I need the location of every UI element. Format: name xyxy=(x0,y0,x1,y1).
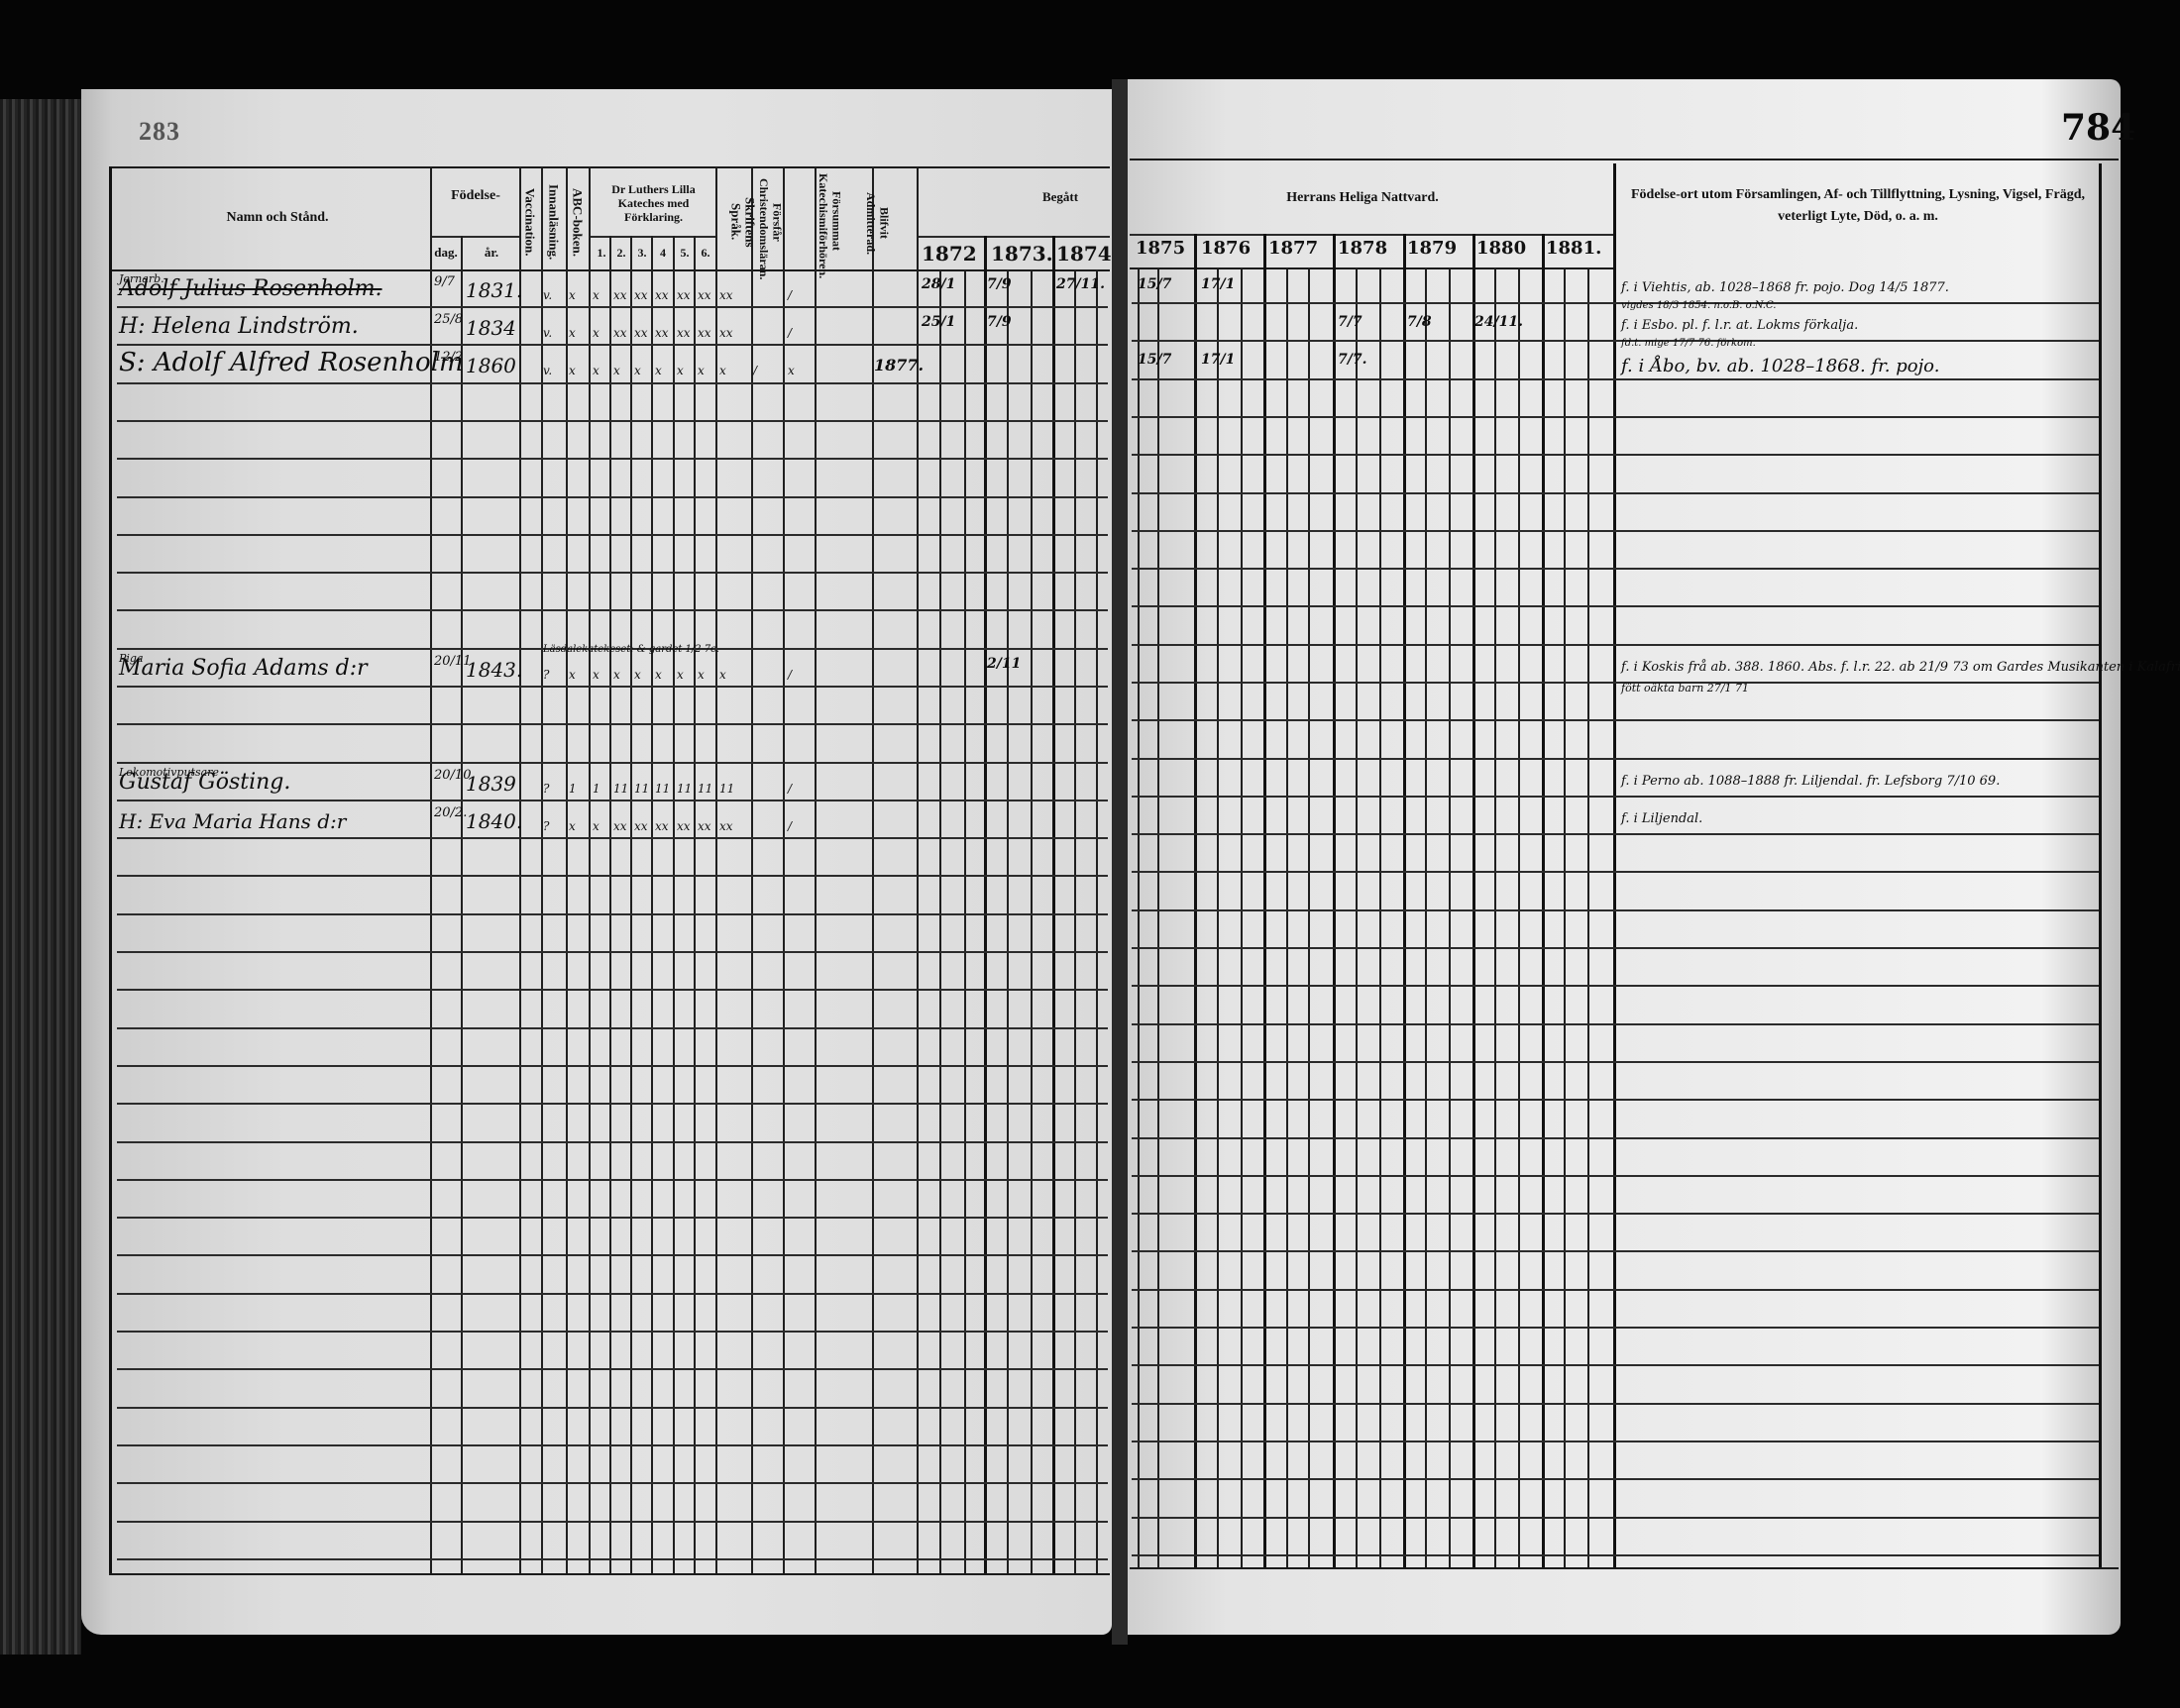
entry-birth-year: 1839 xyxy=(466,772,516,796)
r-col-rule-d xyxy=(1241,267,1243,1567)
communion-year-1875: 1875 xyxy=(1136,238,1185,259)
entry-mark: x xyxy=(569,364,576,377)
r-col-rule-g xyxy=(1356,267,1358,1567)
entry-mark: xx xyxy=(698,326,711,340)
row-rule-left xyxy=(117,1103,1108,1105)
r-col-rule-1880 xyxy=(1472,234,1475,1567)
row-rule-right xyxy=(1132,1023,2099,1025)
row-rule-right xyxy=(1132,492,2099,494)
entry-christendom: / xyxy=(788,782,792,796)
entry-mark: ? xyxy=(543,668,549,682)
entry-mark: 11 xyxy=(719,782,734,796)
r-col-rule-a xyxy=(1138,267,1140,1567)
entry-mark: x xyxy=(613,364,620,377)
row-rule-left xyxy=(117,496,1108,498)
entry-mark: v. xyxy=(543,326,552,340)
entry-mark: xx xyxy=(677,288,691,302)
header-begatt: Begått xyxy=(1031,190,1090,205)
communion-year-1877: 1877 xyxy=(1268,238,1318,259)
row-rule-right xyxy=(1132,1364,2099,1366)
row-rule-right xyxy=(1132,644,2099,646)
birth-subrule xyxy=(431,236,520,238)
r-col-rule-n xyxy=(1587,267,1589,1567)
row-rule-left xyxy=(117,306,1108,308)
row-rule-left xyxy=(117,1407,1108,1409)
col-rule-cat1 xyxy=(609,236,611,1573)
entry-note: Läsdalekatekeset: & gardet 1/2 7c. xyxy=(543,644,719,655)
row-rule-left xyxy=(117,1293,1108,1295)
entry-mark: x xyxy=(593,288,599,302)
header-birth-year: år. xyxy=(464,246,519,261)
r-col-rule-f xyxy=(1308,267,1310,1567)
entry-mark: x xyxy=(719,668,726,682)
row-rule-left xyxy=(117,1217,1108,1219)
entry-name: S: Adolf Alfred Rosenholm xyxy=(119,348,464,377)
row-rule-left xyxy=(117,1331,1108,1333)
col-rule-missed xyxy=(815,166,817,1573)
communion-year-1878: 1878 xyxy=(1338,238,1387,259)
entry-begatt-1873: 7/9 xyxy=(987,276,1012,292)
entry-mark: xx xyxy=(613,819,627,833)
entry-mark: 1 xyxy=(569,782,577,796)
col-rule-cat3 xyxy=(651,236,653,1573)
col-rule-cat2 xyxy=(630,236,632,1573)
entry-mark: 11 xyxy=(677,782,692,796)
entry-remarks: f. i Åbo, bv. ab. 1028–1868. fr. pojo. xyxy=(1621,356,1939,376)
entry-mark: xx xyxy=(719,819,733,833)
col-rule-1872c xyxy=(964,269,966,1573)
left-header-top-rule xyxy=(109,166,1110,168)
catechism-col-5: 5. xyxy=(675,247,695,261)
entry-mark: v. xyxy=(543,364,552,377)
entry-begatt-1873: 7/9 xyxy=(987,314,1012,330)
left-page-number: 283 xyxy=(139,117,180,147)
row-rule-left xyxy=(117,913,1108,915)
col-rule-1873 xyxy=(984,236,987,1573)
col-rule-1874 xyxy=(1052,236,1055,1573)
entry-mark: x xyxy=(698,668,705,682)
row-rule-right xyxy=(1132,947,2099,949)
header-christendom: Försfår Christendomsläran. xyxy=(757,178,783,266)
entry-name: Gustaf Gösting. xyxy=(119,770,290,795)
r-col-rule-c xyxy=(1217,267,1219,1567)
entry-mark: xx xyxy=(677,819,691,833)
entry-mark: ? xyxy=(543,819,549,833)
entry-mark: xx xyxy=(719,326,733,340)
header-remarks: Födelse-ort utom Församlingen, Af- och T… xyxy=(1625,184,2091,229)
row-rule-left xyxy=(117,800,1108,801)
col-rule-birth xyxy=(430,166,432,1573)
col-rule-innan xyxy=(566,166,568,1573)
header-year-1872: 1872 xyxy=(922,242,977,266)
row-rule-right xyxy=(1132,833,2099,835)
entry-begatt-1872: 28/1 xyxy=(922,276,955,292)
row-rule-right xyxy=(1132,758,2099,760)
col-rule-cat4 xyxy=(673,236,675,1573)
row-rule-left xyxy=(117,458,1108,460)
col-rule-cat5 xyxy=(694,236,696,1573)
right-table-bottom-rule xyxy=(1130,1567,2119,1569)
row-rule-right xyxy=(1132,454,2099,456)
entry-birth-day: 12/2 xyxy=(434,350,463,365)
header-missed: Försummat Katechismiförhören. xyxy=(817,173,842,267)
row-rule-right xyxy=(1132,871,2099,873)
entry-communion-1875: 15/7 xyxy=(1138,276,1171,292)
header-birth-day: dag. xyxy=(430,246,462,261)
r-right-margin-rule xyxy=(2099,163,2102,1567)
entry-mark: x xyxy=(655,668,662,682)
col-rule-christ xyxy=(783,166,785,1573)
r-col-rule-m xyxy=(1564,267,1566,1567)
entry-mark: x xyxy=(677,364,684,377)
row-rule-right xyxy=(1132,1327,2099,1329)
entry-remarks: f. i Viehtis, ab. 1028–1868 fr. pojo. Do… xyxy=(1621,280,1949,295)
entry-birth-year: 1860 xyxy=(466,354,516,377)
row-rule-right xyxy=(1132,719,2099,721)
r-col-rule-k xyxy=(1494,267,1496,1567)
row-rule-left xyxy=(117,382,1108,384)
r-col-rule-1877 xyxy=(1263,234,1266,1567)
row-rule-left xyxy=(117,420,1108,422)
entry-mark: xx xyxy=(634,288,648,302)
entry-christendom: / xyxy=(788,668,792,682)
entry-begatt-1872: 25/1 xyxy=(922,314,955,330)
book-gutter xyxy=(1112,79,1128,1645)
header-vaccination: Vaccination. xyxy=(522,178,536,266)
entry-name: Adolf Julius Rosenholm. xyxy=(119,276,382,301)
row-rule-left xyxy=(117,1482,1108,1484)
entry-mark: xx xyxy=(655,288,669,302)
entry-mark: 11 xyxy=(613,782,628,796)
col-rule-1874b xyxy=(1074,269,1076,1573)
entry-mark: xx xyxy=(634,819,648,833)
r-col-rule-l xyxy=(1518,267,1520,1567)
header-abc: ABC-boken. xyxy=(570,178,584,266)
entry-mark: xx xyxy=(698,288,711,302)
r-col-rule-1879 xyxy=(1403,234,1406,1567)
row-rule-left xyxy=(117,875,1108,877)
row-rule-left xyxy=(117,1254,1108,1256)
entry-birth-day: 25/8 xyxy=(434,312,463,327)
begatt-subrule xyxy=(917,236,1110,238)
row-rule-left xyxy=(117,572,1108,574)
entry-name: H: Eva Maria Hans d:r xyxy=(119,809,346,833)
communion-year-1876: 1876 xyxy=(1201,238,1251,259)
left-margin-rule xyxy=(109,166,112,1573)
col-rule-1872b xyxy=(939,269,941,1573)
entry-communion-1880: 24/11. xyxy=(1474,314,1523,330)
row-rule-left xyxy=(117,1444,1108,1446)
row-rule-right xyxy=(1132,530,2099,532)
communion-year-1879: 1879 xyxy=(1407,238,1457,259)
row-rule-left xyxy=(117,1521,1108,1523)
header-catechism: Dr Luthers Lilla Kateches med Förklaring… xyxy=(592,183,715,224)
entry-mark: 11 xyxy=(698,782,712,796)
row-rule-right xyxy=(1132,1175,2099,1177)
entry-remarks-above: fd.t. mige 17/7 76. förkom. xyxy=(1621,338,1756,349)
entry-mark: / xyxy=(753,364,757,377)
entry-mark: xx xyxy=(719,288,733,302)
entry-mark: xx xyxy=(698,819,711,833)
header-innanlasning: Innanläsning. xyxy=(546,178,560,266)
row-rule-right xyxy=(1132,1137,2099,1139)
entry-mark: x xyxy=(634,364,641,377)
row-rule-right xyxy=(1132,1554,2099,1556)
entry-mark: x xyxy=(719,364,726,377)
row-rule-left xyxy=(117,534,1108,536)
entry-remarks: f. i Perno ab. 1088–1888 fr. Liljendal. … xyxy=(1621,774,2000,789)
header-birth: Födelse- xyxy=(432,188,519,204)
header-scripture: Skriftens Språk. xyxy=(728,178,757,266)
row-rule-right xyxy=(1132,378,2099,380)
entry-mark: x xyxy=(613,668,620,682)
entry-mark: x xyxy=(593,668,599,682)
entry-mark: ? xyxy=(543,782,549,796)
row-rule-right xyxy=(1132,1441,2099,1442)
row-rule-left xyxy=(117,1558,1108,1560)
entry-begatt-1874: 27/11. xyxy=(1056,276,1105,292)
catechism-col-3: 3. xyxy=(632,247,652,261)
col-rule-skrift xyxy=(751,166,753,1573)
col-rule-1874c xyxy=(1096,269,1098,1573)
row-rule-right xyxy=(1132,1250,2099,1252)
entry-christendom: / xyxy=(788,288,792,302)
entry-admitted: 1877. xyxy=(874,356,924,374)
r-col-rule-e xyxy=(1286,267,1288,1567)
entry-mark: v. xyxy=(543,288,552,302)
col-rule-admitted xyxy=(872,166,874,1573)
entry-mark: xx xyxy=(655,819,669,833)
entry-mark: x xyxy=(593,364,599,377)
row-rule-right xyxy=(1132,340,2099,342)
entry-communion-1879: 7/8 xyxy=(1407,314,1432,330)
spine-edge xyxy=(0,99,81,1655)
row-rule-left xyxy=(117,1368,1108,1370)
entry-communion-1878: 7/7 xyxy=(1338,314,1362,330)
catechism-col-2: 2. xyxy=(611,247,631,261)
row-rule-right xyxy=(1132,1213,2099,1215)
col-rule-cat6 xyxy=(715,166,717,1573)
row-rule-right xyxy=(1132,1478,2099,1480)
col-rule-year xyxy=(519,166,521,1573)
row-rule-right xyxy=(1132,416,2099,418)
entry-birth-day: 20/2. xyxy=(434,805,467,820)
entry-mark: x xyxy=(655,364,662,377)
entry-remarks: f. i Koskis frå ab. 388. 1860. Abs. f. l… xyxy=(1621,660,2180,675)
header-name: Namn och Stånd. xyxy=(198,210,357,226)
entry-mark: 11 xyxy=(634,782,649,796)
entry-mark: x xyxy=(677,668,684,682)
r-col-rule-j xyxy=(1449,267,1451,1567)
row-rule-left xyxy=(117,609,1108,611)
entry-remarks: f. i Liljendal. xyxy=(1621,811,1702,826)
entry-name: H: Helena Lindström. xyxy=(119,314,359,339)
row-rule-left xyxy=(117,1027,1108,1029)
row-rule-right xyxy=(1132,1289,2099,1291)
row-rule-right xyxy=(1132,605,2099,607)
header-communion: Herrans Heliga Nattvard. xyxy=(1199,190,1526,206)
row-rule-left xyxy=(117,951,1108,953)
right-page xyxy=(1128,79,2121,1635)
row-rule-right xyxy=(1132,909,2099,911)
r-col-rule-1881 xyxy=(1542,234,1545,1567)
r-col-rule-h xyxy=(1379,267,1381,1567)
entry-begatt-1873: 2/11 xyxy=(987,656,1021,672)
entry-mark: xx xyxy=(655,326,669,340)
entry-birth-year: 1843. xyxy=(466,658,522,682)
row-rule-right xyxy=(1132,302,2099,304)
entry-birth-year: 1834 xyxy=(466,316,516,340)
row-rule-right xyxy=(1132,1061,2099,1063)
r-col-rule-1876 xyxy=(1194,234,1197,1567)
row-rule-right xyxy=(1132,682,2099,684)
entry-birth-day: 9/7 xyxy=(434,274,455,289)
catechism-col-6: 6. xyxy=(696,247,715,261)
header-year-1873: 1873. xyxy=(991,242,1053,266)
entry-mark: x xyxy=(569,326,576,340)
entry-birth-year: 1840. xyxy=(466,809,522,833)
right-page-number: 784 xyxy=(2061,107,2135,149)
r-col-rule-b xyxy=(1157,267,1159,1567)
row-rule-left xyxy=(117,1065,1108,1067)
entry-mark: 1 xyxy=(593,782,600,796)
row-rule-left xyxy=(117,344,1108,346)
row-rule-left xyxy=(117,1179,1108,1181)
col-rule-vacc xyxy=(541,166,543,1573)
row-rule-left xyxy=(117,762,1108,764)
entry-mark: x xyxy=(569,288,576,302)
r-col-rule-1878 xyxy=(1333,234,1336,1567)
entry-mark: xx xyxy=(634,326,648,340)
row-rule-right xyxy=(1132,1403,2099,1405)
entry-name: Maria Sofia Adams d:r xyxy=(119,656,368,681)
r-col-rule-i xyxy=(1425,267,1427,1567)
entry-christendom: / xyxy=(788,819,792,833)
entry-remarks-2: fött oäkta barn 27/1 71 xyxy=(1621,682,1749,694)
row-rule-left xyxy=(117,1141,1108,1143)
row-rule-right xyxy=(1132,1099,2099,1101)
entry-remarks: f. i Esbo. pl. f. l.r. at. Lokms förkalj… xyxy=(1621,318,1858,333)
col-rule-1873c xyxy=(1031,269,1033,1573)
entry-communion-1876: 17/1 xyxy=(1201,352,1235,368)
row-rule-right xyxy=(1132,1517,2099,1519)
row-rule-left xyxy=(117,837,1108,839)
left-table-bottom-rule xyxy=(109,1573,1110,1575)
entry-christendom: x xyxy=(788,364,795,377)
entry-mark: x xyxy=(569,819,576,833)
communion-year-1880: 1880 xyxy=(1476,238,1526,259)
r-col-rule-remarks xyxy=(1613,163,1616,1567)
row-rule-left xyxy=(117,686,1108,688)
entry-mark: x xyxy=(634,668,641,682)
entry-birth-year: 1831. xyxy=(466,278,522,302)
communion-year-1881: 1881. xyxy=(1546,238,1601,259)
entry-christendom: / xyxy=(788,326,792,340)
entry-mark: 11 xyxy=(655,782,670,796)
entry-mark: xx xyxy=(613,326,627,340)
col-rule-1873b xyxy=(1007,269,1009,1573)
entry-mark: x xyxy=(698,364,705,377)
entry-communion-1878: 7/7. xyxy=(1338,352,1366,368)
header-admitted: Blifvit Admitterad. xyxy=(864,178,890,267)
row-rule-right xyxy=(1132,568,2099,570)
col-rule-abc xyxy=(589,166,591,1573)
entry-mark: x xyxy=(593,326,599,340)
entry-communion-1876: 17/1 xyxy=(1201,276,1235,292)
row-rule-right xyxy=(1132,985,2099,987)
entry-remarks-above: vigdes 18/3 1854. n.o.B. o.N.C. xyxy=(1621,300,1776,311)
col-rule-day xyxy=(461,236,463,1573)
entry-mark: x xyxy=(569,668,576,682)
row-rule-left xyxy=(117,989,1108,991)
header-year-1874: 1874 xyxy=(1056,242,1112,266)
row-rule-right xyxy=(1132,796,2099,798)
right-header-top-rule xyxy=(1130,159,2119,160)
row-rule-left xyxy=(117,723,1108,725)
catechism-col-4: 4 xyxy=(653,247,673,261)
entry-communion-1875: 15/7 xyxy=(1138,352,1171,368)
entry-mark: xx xyxy=(613,288,627,302)
entry-mark: x xyxy=(593,819,599,833)
catechism-col-1: 1. xyxy=(592,247,611,261)
entry-mark: xx xyxy=(677,326,691,340)
col-rule-1872 xyxy=(917,166,919,1573)
